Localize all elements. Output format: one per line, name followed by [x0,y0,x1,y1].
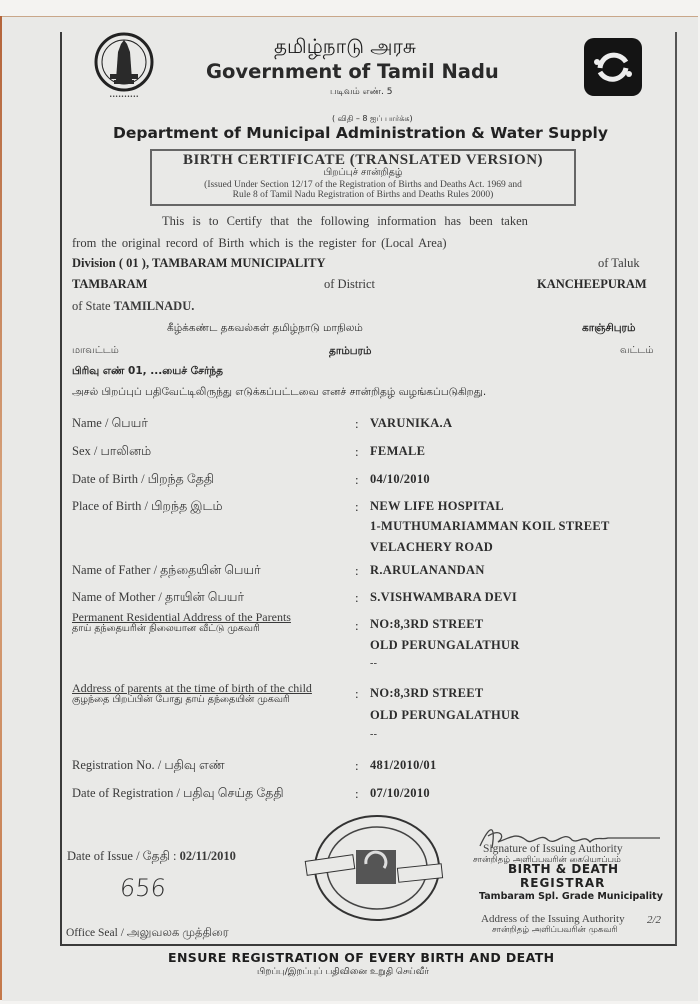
reg-no-label: Registration No. / பதிவு எண் [72,758,225,774]
name-label: Name / பெயர் [72,416,148,432]
ensure-registration-tamil: பிறப்பு/இறப்புப் பதிவினை உறுதி செய்வீர் [257,967,429,978]
place-label: Place of Birth / பிறந்த இடம் [72,499,223,515]
issued-under-line-2: Rule 8 of Tamil Nadu Registration of Bir… [152,190,574,200]
permanent-address-line-2: OLD PERUNGALATHUR [370,638,520,653]
reg-date-label: Date of Registration / பதிவு செய்த தேதி [72,786,284,802]
reg-no-value: 481/2010/01 [370,758,437,773]
tamil-taluk: தாம்பரம் [329,345,371,358]
division-value: Division ( 01 ), TAMBARAM MUNICIPALITY [72,256,325,271]
place-line-1: NEW LIFE HOSPITAL [370,499,504,514]
permanent-address-line-1: NO:8,3RD STREET [370,617,484,632]
government-title: Government of Tamil Nadu [206,60,499,83]
registrar-line-3: Tambaram Spl. Grade Municipality [479,891,663,902]
birth-address-label-tamil: குழந்தை பிறப்பின் போது தாய் தந்தையின் மு… [72,694,290,706]
signature-label: Signature of Issuing Authority [483,843,623,855]
issued-under-line-1: (Issued Under Section 12/17 of the Regis… [152,180,574,190]
permanent-address-label-tamil: தாய் தந்தையரின் நிலையான வீட்டு முகவரி [72,623,260,635]
issue-date-value: 02/11/2010 [180,849,236,863]
tamil-certify-line-4: அசல் பிறப்புப் பதிவேட்டிலிருந்து எடுக்கப… [72,386,486,399]
registrar-line-2: REGISTRAR [520,876,605,890]
of-state-label: of State [72,299,111,313]
place-line-3: VELACHERY ROAD [370,540,493,555]
reg-date-value: 07/10/2010 [370,786,430,801]
dob-label: Date of Birth / பிறந்த தேதி [72,472,214,488]
birth-address-line-2: OLD PERUNGALATHUR [370,708,520,723]
svg-text:••••••••••: •••••••••• [109,94,139,100]
state-value: TAMILNADU. [114,299,195,313]
issue-date-label: Date of Issue / தேதி : [67,849,177,863]
mother-label: Name of Mother / தாயின் பெயர் [72,590,244,606]
handwritten-number: 656 [119,874,167,902]
rule-note: ( விதி – 8 ஐப் பார்க்க) [332,114,413,124]
tamil-district: காஞ்சிபுரம் [582,322,635,335]
ensure-registration-banner: ENSURE REGISTRATION OF EVERY BIRTH AND D… [168,950,554,965]
tamil-district-label: மாவட்டம் [72,345,119,357]
father-value: R.ARULANANDAN [370,563,485,578]
certificate-title-box: BIRTH CERTIFICATE (TRANSLATED VERSION) ப… [150,149,576,206]
issuing-address-label: Address of the Issuing Authority [481,913,625,925]
issue-date-row: Date of Issue / தேதி : 02/11/2010 [67,849,236,865]
tamil-title: தமிழ்நாடு அரசு [274,34,416,61]
tamil-division: பிரிவு எண் 01, ...யைச் சேர்ந்த [72,365,223,378]
department-title: Department of Municipal Administration &… [113,124,608,142]
tamil-nadu-emblem-icon: •••••••••• [88,30,160,102]
sex-label: Sex / பாலினம் [72,444,151,460]
mother-value: S.VISHWAMBARA DEVI [370,590,517,605]
birth-address-line-1: NO:8,3RD STREET [370,686,484,701]
registrar-line-1: BIRTH & DEATH [508,862,619,876]
certify-line-2: from the original record of Birth which … [72,236,447,251]
place-line-2: 1-MUTHUMARIAMMAN KOIL STREET [370,519,610,534]
sex-value: FEMALE [370,444,425,459]
office-seal-stamp-icon [292,812,462,924]
of-taluk-label: of Taluk [598,256,640,271]
dob-value: 04/10/2010 [370,472,430,487]
tamil-taluk-label: வட்டம் [620,345,654,357]
page-mark: 2/2 [647,914,661,926]
office-seal-label: Office Seal / அலுவலக முத்திரை [66,927,229,941]
permanent-address-line-3: -- [370,658,377,669]
birth-address-line-3: -- [370,729,377,740]
father-label: Name of Father / தந்தையின் பெயர் [72,563,261,579]
issuing-address-label-tamil: சான்றிதழ் அளிப்பவரின் முகவரி [492,925,618,936]
tamil-certify-line-1: கீழ்க்கண்ட தகவல்கள் தமிழ்நாடு மாநிலம் [167,322,363,335]
name-value: VARUNIKA.A [370,416,452,431]
state-line: of State TAMILNADU. [72,299,194,314]
of-district-label: of District [324,277,375,292]
taluk-value: TAMBARAM [72,277,147,292]
form-number: படிவம் எண். 5 [330,87,393,98]
district-value: KANCHEEPURAM [537,277,647,292]
certify-line-1: This is to Certify that the following in… [162,214,528,229]
municipal-logo-icon [584,38,642,96]
